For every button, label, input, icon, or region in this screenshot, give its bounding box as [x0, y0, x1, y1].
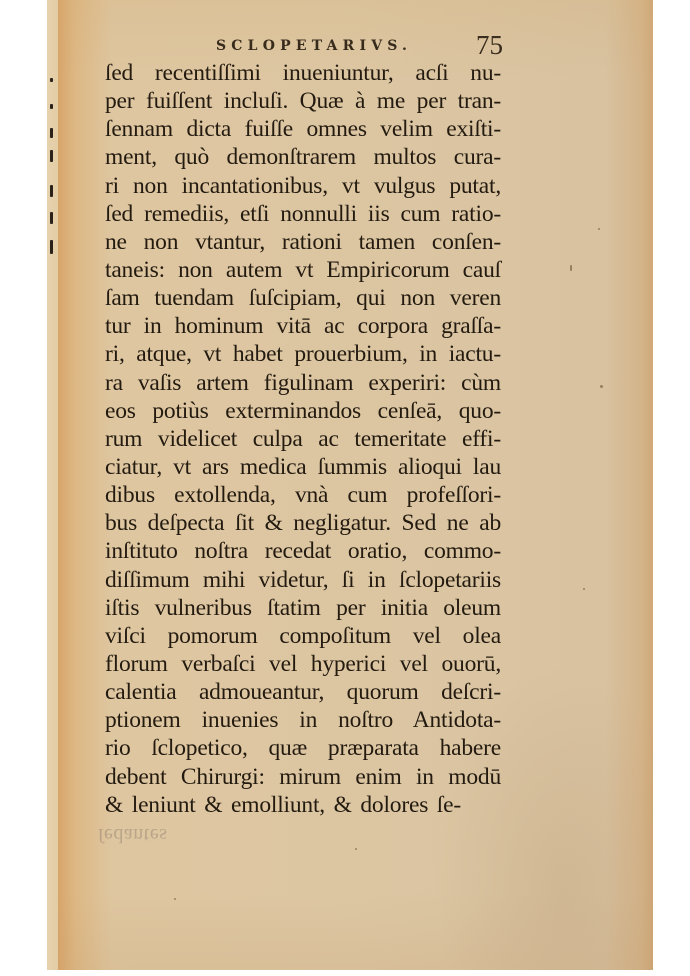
text-line: bus deſpecta ſit & negligatur. Sed ne ab	[105, 509, 501, 537]
text-line: viſci pomorum compoſitum vel olea	[105, 622, 501, 650]
paper-speck	[583, 588, 585, 590]
text-line: per fuiſſent incluſi. Quæ à me per tran-	[105, 87, 501, 115]
text-line: iſtis vulneribus ſtatim per initia oleum	[105, 594, 501, 622]
text-line: tur in hominum vitā ac corpora graſſa-	[105, 312, 501, 340]
text-line: ra vaſis artem figulinam experiri: cùm	[105, 369, 501, 397]
text-line: dibus extollenda, vnà cum profeſſori-	[105, 481, 501, 509]
text-line: calentia admoueantur, quorum deſcri-	[105, 678, 501, 706]
previous-page-mark	[50, 104, 53, 109]
text-line: ne non vtantur, rationi tamen conſen-	[105, 228, 501, 256]
book-page: SCLOPETARIVS. 75 ſed recentiſſimi inueni…	[58, 0, 653, 970]
previous-page-mark	[50, 150, 53, 162]
page-number: 75	[476, 30, 503, 61]
paper-speck	[600, 385, 603, 388]
text-line: diſſimum mihi videtur, ſi in ſclopetarii…	[105, 566, 501, 594]
text-line: ſed remediis, etſi nonnulli iis cum rati…	[105, 200, 501, 228]
text-line: ciatur, vt ars medica ſummis alioqui lau	[105, 453, 501, 481]
previous-page-mark	[50, 240, 53, 254]
text-line: ſam tuendam ſuſcipiam, qui non veren	[105, 284, 501, 312]
text-line: ſed recentiſſimi inueniuntur, acſi nu-	[105, 59, 501, 87]
text-line: florum verbaſci vel hyperici vel ouorū,	[105, 650, 501, 678]
text-line: ſennam dicta fuiſſe omnes velim exiſti-	[105, 115, 501, 143]
text-line: debent Chirurgi: mirum enim in modū	[105, 763, 501, 791]
paper-speck	[598, 228, 600, 230]
text-line: eos potiùs exterminandos cenſeā, quo-	[105, 397, 501, 425]
paper-speck	[570, 265, 572, 271]
text-line: & leniunt & emolliunt, & dolores ſe-	[105, 791, 461, 819]
previous-page-mark	[50, 78, 53, 82]
body-text: ſed recentiſſimi inueniuntur, acſi nu- p…	[105, 59, 505, 819]
text-line: inſtituto noſtra recedat oratio, commo-	[105, 537, 501, 565]
text-line: ment, quò demonſtrarem multos cura-	[105, 143, 501, 171]
running-head: SCLOPETARIVS.	[216, 38, 412, 54]
text-line: ptionem inuenies in noſtro Antidota-	[105, 706, 501, 734]
previous-page-mark	[50, 185, 53, 197]
text-line: taneis: non autem vt Empiricorum cauſ	[105, 256, 501, 284]
text-line: rum videlicet culpa ac temeritate effi-	[105, 425, 501, 453]
paper-speck	[174, 898, 176, 900]
show-through-catchword: ſedantes	[98, 823, 168, 846]
text-line: ri, atque, vt habet prouerbium, in iactu…	[105, 340, 501, 368]
previous-page-mark	[50, 212, 53, 224]
previous-page-mark	[50, 128, 53, 138]
text-line: ri non incantationibus, vt vulgus putat,	[105, 172, 501, 200]
text-line: rio ſclopetico, quæ præparata habere	[105, 734, 501, 762]
paper-speck	[355, 848, 357, 850]
